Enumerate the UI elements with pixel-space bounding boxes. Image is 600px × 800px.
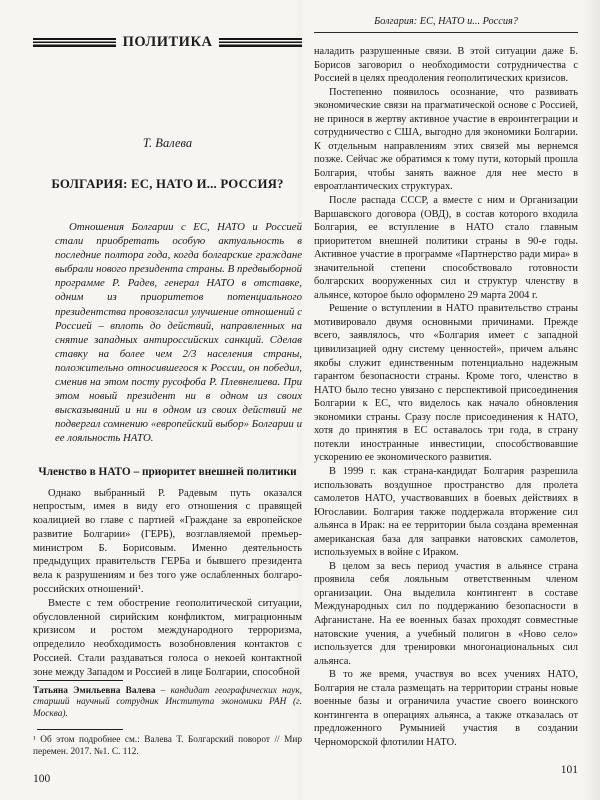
- body-paragraph: Однако выбранный Р. Радевым путь оказалс…: [33, 487, 302, 597]
- chapter-title: ПОЛИТИКА: [123, 33, 213, 51]
- running-head: Болгария: ЕС, НАТО и... Россия?: [314, 16, 578, 33]
- footnote-divider: [37, 729, 123, 730]
- right-page: Болгария: ЕС, НАТО и... Россия? наладить…: [308, 0, 600, 800]
- footnote-text: ¹ Об этом подробнее см.: Валева Т. Болга…: [33, 735, 302, 758]
- article-abstract: Отношения Болгарии с ЕС, НАТО и Россией …: [55, 220, 302, 446]
- decorative-triple-rule-right: [219, 38, 302, 47]
- body-paragraph: Решение о вступлении в НАТО правительств…: [314, 302, 578, 465]
- body-paragraph: В 1999 г. как страна-кандидат Болгария р…: [314, 465, 578, 560]
- footnote-block: Татьяна Эмильевна Валева – кандидат геог…: [33, 680, 302, 785]
- body-paragraph: Постепенно появилось осознание, что разв…: [314, 86, 578, 194]
- left-page: ПОЛИТИКА Т. Валева БОЛГАРИЯ: ЕС, НАТО И.…: [0, 0, 308, 800]
- body-paragraph: Вместе с тем обострение геополитической …: [33, 597, 302, 680]
- author-name: Т. Валева: [33, 136, 302, 151]
- chapter-header: ПОЛИТИКА: [33, 34, 302, 50]
- body-paragraph: В целом за весь период участия в альянсе…: [314, 560, 578, 668]
- page-number-left: 100: [33, 773, 302, 785]
- body-paragraph: В то же время, участвуя во всех учениях …: [314, 668, 578, 749]
- decorative-triple-rule-left: [33, 38, 116, 47]
- footnote-divider: [37, 680, 123, 681]
- page-number-right: 101: [314, 764, 578, 776]
- body-paragraph: После распада СССР, а вместе с ним и Орг…: [314, 194, 578, 302]
- book-spread: ПОЛИТИКА Т. Валева БОЛГАРИЯ: ЕС, НАТО И.…: [0, 0, 600, 800]
- body-paragraph: наладить разрушенные связи. В этой ситуа…: [314, 45, 578, 86]
- article-title: БОЛГАРИЯ: ЕС, НАТО И... РОССИЯ?: [33, 177, 302, 192]
- author-bio: Татьяна Эмильевна Валева – кандидат геог…: [33, 686, 302, 721]
- author-bio-name: Татьяна Эмильевна Валева: [33, 686, 156, 696]
- running-head-text: Болгария: ЕС, НАТО и... Россия?: [374, 16, 518, 27]
- section-heading: Членство в НАТО – приоритет внешней поли…: [33, 466, 302, 478]
